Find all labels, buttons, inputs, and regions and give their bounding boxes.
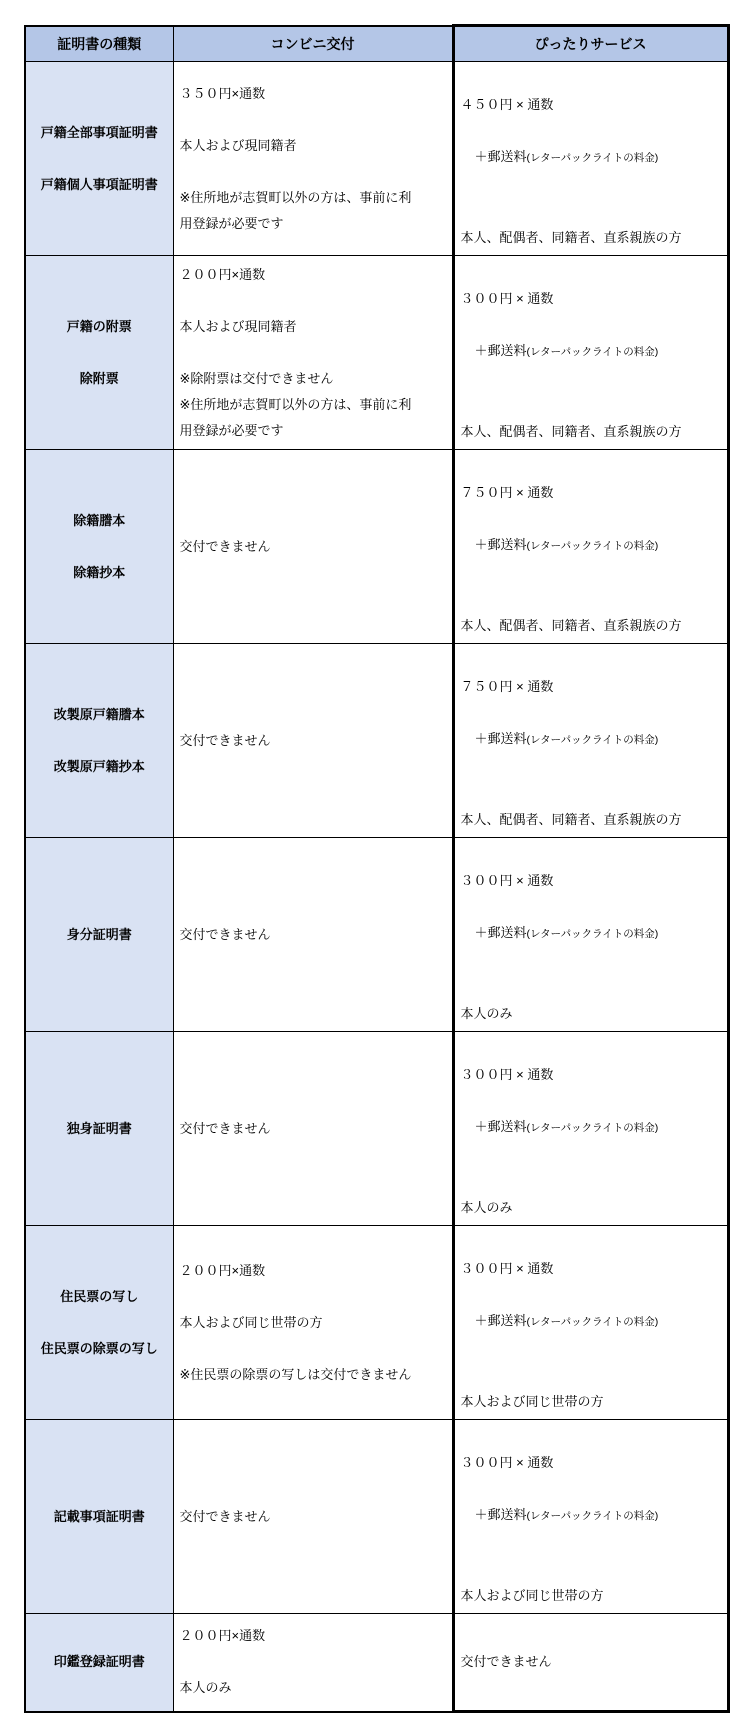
konbini-unavailable: 交付できません <box>180 922 446 948</box>
pittari-price: ３００円 × 通数 <box>461 1450 721 1476</box>
certificate-fees-table: 証明書の種類 コンビニ交付 ぴったりサービス 戸籍全部事項証明書 戸籍個人事項証… <box>24 24 730 1713</box>
pittari-cell: ４５０円 × 通数 ＋郵送料(レターパックライトの料金) 本人、配偶者、同籍者、… <box>453 62 728 256</box>
pittari-price: ３００円 × 通数 <box>461 868 721 894</box>
postage-note: (レターパックライトの料金) <box>527 152 659 164</box>
pittari-who: 本人、配偶者、同籍者、直系親族の方 <box>461 613 721 639</box>
konbini-cell: 交付できません <box>173 1420 453 1614</box>
konbini-unavailable: 交付できません <box>180 728 446 754</box>
konbini-cell: ２００円×通数 本人および現同籍者 ※除附票は交付できません ※住所地が志賀町以… <box>173 256 453 450</box>
pittari-who: 本人および同じ世帯の方 <box>461 1389 721 1415</box>
pittari-postage: ＋郵送料(レターパックライトの料金) <box>461 920 721 947</box>
konbini-cell: ２００円×通数 本人のみ <box>173 1614 453 1712</box>
pittari-cell: ３００円 × 通数 ＋郵送料(レターパックライトの料金) 本人のみ <box>453 1032 728 1226</box>
postage-note: (レターパックライトの料金) <box>527 1510 659 1522</box>
pittari-who: 本人、配偶者、同籍者、直系親族の方 <box>461 807 721 833</box>
pittari-price: ３００円 × 通数 <box>461 1256 721 1282</box>
table-row: 記載事項証明書 交付できません ３００円 × 通数 ＋郵送料(レターパックライト… <box>25 1420 728 1614</box>
pittari-price: ７５０円 × 通数 <box>461 674 721 700</box>
konbini-cell: ３５０円×通数 本人および現同籍者 ※住所地が志賀町以外の方は、事前に利 用登録… <box>173 62 453 256</box>
konbini-cell: 交付できません <box>173 644 453 838</box>
pittari-postage: ＋郵送料(レターパックライトの料金) <box>461 726 721 753</box>
pittari-cell: 交付できません <box>453 1614 728 1712</box>
table-row: 独身証明書 交付できません ３００円 × 通数 ＋郵送料(レターパックライトの料… <box>25 1032 728 1226</box>
pittari-postage: ＋郵送料(レターパックライトの料金) <box>461 1114 721 1141</box>
postage-note: (レターパックライトの料金) <box>527 734 659 746</box>
cert-type-cell: 改製原戸籍謄本 改製原戸籍抄本 <box>25 644 173 838</box>
table-row: 身分証明書 交付できません ３００円 × 通数 ＋郵送料(レターパックライトの料… <box>25 838 728 1032</box>
konbini-note: ※除附票は交付できません ※住所地が志賀町以外の方は、事前に利 用登録が必要です <box>180 366 446 444</box>
table-row: 除籍謄本 除籍抄本 交付できません ７５０円 × 通数 ＋郵送料(レターパックラ… <box>25 450 728 644</box>
pittari-price: ３００円 × 通数 <box>461 286 721 312</box>
cert-type-cell: 身分証明書 <box>25 838 173 1032</box>
pittari-price: ７５０円 × 通数 <box>461 480 721 506</box>
pittari-postage: ＋郵送料(レターパックライトの料金) <box>461 532 721 559</box>
pittari-cell: ７５０円 × 通数 ＋郵送料(レターパックライトの料金) 本人、配偶者、同籍者、… <box>453 644 728 838</box>
pittari-who: 本人および同じ世帯の方 <box>461 1583 721 1609</box>
cert-type-cell: 独身証明書 <box>25 1032 173 1226</box>
postage-note: (レターパックライトの料金) <box>527 346 659 358</box>
konbini-who: 本人のみ <box>180 1675 446 1701</box>
konbini-who: 本人および現同籍者 <box>180 314 446 340</box>
konbini-price: ２００円×通数 <box>180 1623 446 1649</box>
table-row: 改製原戸籍謄本 改製原戸籍抄本 交付できません ７５０円 × 通数 ＋郵送料(レ… <box>25 644 728 838</box>
pittari-cell: ３００円 × 通数 ＋郵送料(レターパックライトの料金) 本人および同じ世帯の方 <box>453 1226 728 1420</box>
table-row: 戸籍の附票 除附票 ２００円×通数 本人および現同籍者 ※除附票は交付できません… <box>25 256 728 450</box>
konbini-price: ３５０円×通数 <box>180 81 446 107</box>
pittari-price: ３００円 × 通数 <box>461 1062 721 1088</box>
cert-type-cell: 戸籍の附票 除附票 <box>25 256 173 450</box>
pittari-cell: ３００円 × 通数 ＋郵送料(レターパックライトの料金) 本人のみ <box>453 838 728 1032</box>
konbini-who: 本人および同じ世帯の方 <box>180 1310 446 1336</box>
pittari-cell: ７５０円 × 通数 ＋郵送料(レターパックライトの料金) 本人、配偶者、同籍者、… <box>453 450 728 644</box>
konbini-note: ※住民票の除票の写しは交付できません <box>180 1362 446 1388</box>
postage-note: (レターパックライトの料金) <box>527 540 659 552</box>
pittari-who: 本人、配偶者、同籍者、直系親族の方 <box>461 419 721 445</box>
cert-type-cell: 除籍謄本 除籍抄本 <box>25 450 173 644</box>
konbini-unavailable: 交付できません <box>180 1504 446 1530</box>
konbini-cell: 交付できません <box>173 450 453 644</box>
cert-type-cell: 住民票の写し 住民票の除票の写し <box>25 1226 173 1420</box>
pittari-who: 本人、配偶者、同籍者、直系親族の方 <box>461 225 721 251</box>
pittari-postage: ＋郵送料(レターパックライトの料金) <box>461 1502 721 1529</box>
konbini-price: ２００円×通数 <box>180 262 446 288</box>
cert-type-cell: 記載事項証明書 <box>25 1420 173 1614</box>
konbini-unavailable: 交付できません <box>180 1116 446 1142</box>
konbini-who: 本人および現同籍者 <box>180 133 446 159</box>
pittari-postage: ＋郵送料(レターパックライトの料金) <box>461 144 721 171</box>
header-pittari-service: ぴったりサービス <box>453 26 728 62</box>
header-cert-type: 証明書の種類 <box>25 26 173 62</box>
pittari-cell: ３００円 × 通数 ＋郵送料(レターパックライトの料金) 本人および同じ世帯の方 <box>453 1420 728 1614</box>
postage-note: (レターパックライトの料金) <box>527 1122 659 1134</box>
konbini-cell: 交付できません <box>173 1032 453 1226</box>
pittari-cell: ３００円 × 通数 ＋郵送料(レターパックライトの料金) 本人、配偶者、同籍者、… <box>453 256 728 450</box>
pittari-unavailable: 交付できません <box>461 1649 721 1675</box>
table-row: 印鑑登録証明書 ２００円×通数 本人のみ 交付できません <box>25 1614 728 1712</box>
table-header-row: 証明書の種類 コンビニ交付 ぴったりサービス <box>25 26 728 62</box>
konbini-price: ２００円×通数 <box>180 1258 446 1284</box>
pittari-postage: ＋郵送料(レターパックライトの料金) <box>461 338 721 365</box>
cert-type-cell: 戸籍全部事項証明書 戸籍個人事項証明書 <box>25 62 173 256</box>
pittari-postage: ＋郵送料(レターパックライトの料金) <box>461 1308 721 1335</box>
postage-note: (レターパックライトの料金) <box>527 1316 659 1328</box>
konbini-unavailable: 交付できません <box>180 534 446 560</box>
table-row: 住民票の写し 住民票の除票の写し ２００円×通数 本人および同じ世帯の方 ※住民… <box>25 1226 728 1420</box>
postage-note: (レターパックライトの料金) <box>527 928 659 940</box>
header-konbini: コンビニ交付 <box>173 26 453 62</box>
cert-type-cell: 印鑑登録証明書 <box>25 1614 173 1712</box>
pittari-who: 本人のみ <box>461 1195 721 1221</box>
table-row: 戸籍全部事項証明書 戸籍個人事項証明書 ３５０円×通数 本人および現同籍者 ※住… <box>25 62 728 256</box>
konbini-note: ※住所地が志賀町以外の方は、事前に利 用登録が必要です <box>180 185 446 237</box>
pittari-who: 本人のみ <box>461 1001 721 1027</box>
konbini-cell: 交付できません <box>173 838 453 1032</box>
konbini-cell: ２００円×通数 本人および同じ世帯の方 ※住民票の除票の写しは交付できません <box>173 1226 453 1420</box>
pittari-price: ４５０円 × 通数 <box>461 92 721 118</box>
